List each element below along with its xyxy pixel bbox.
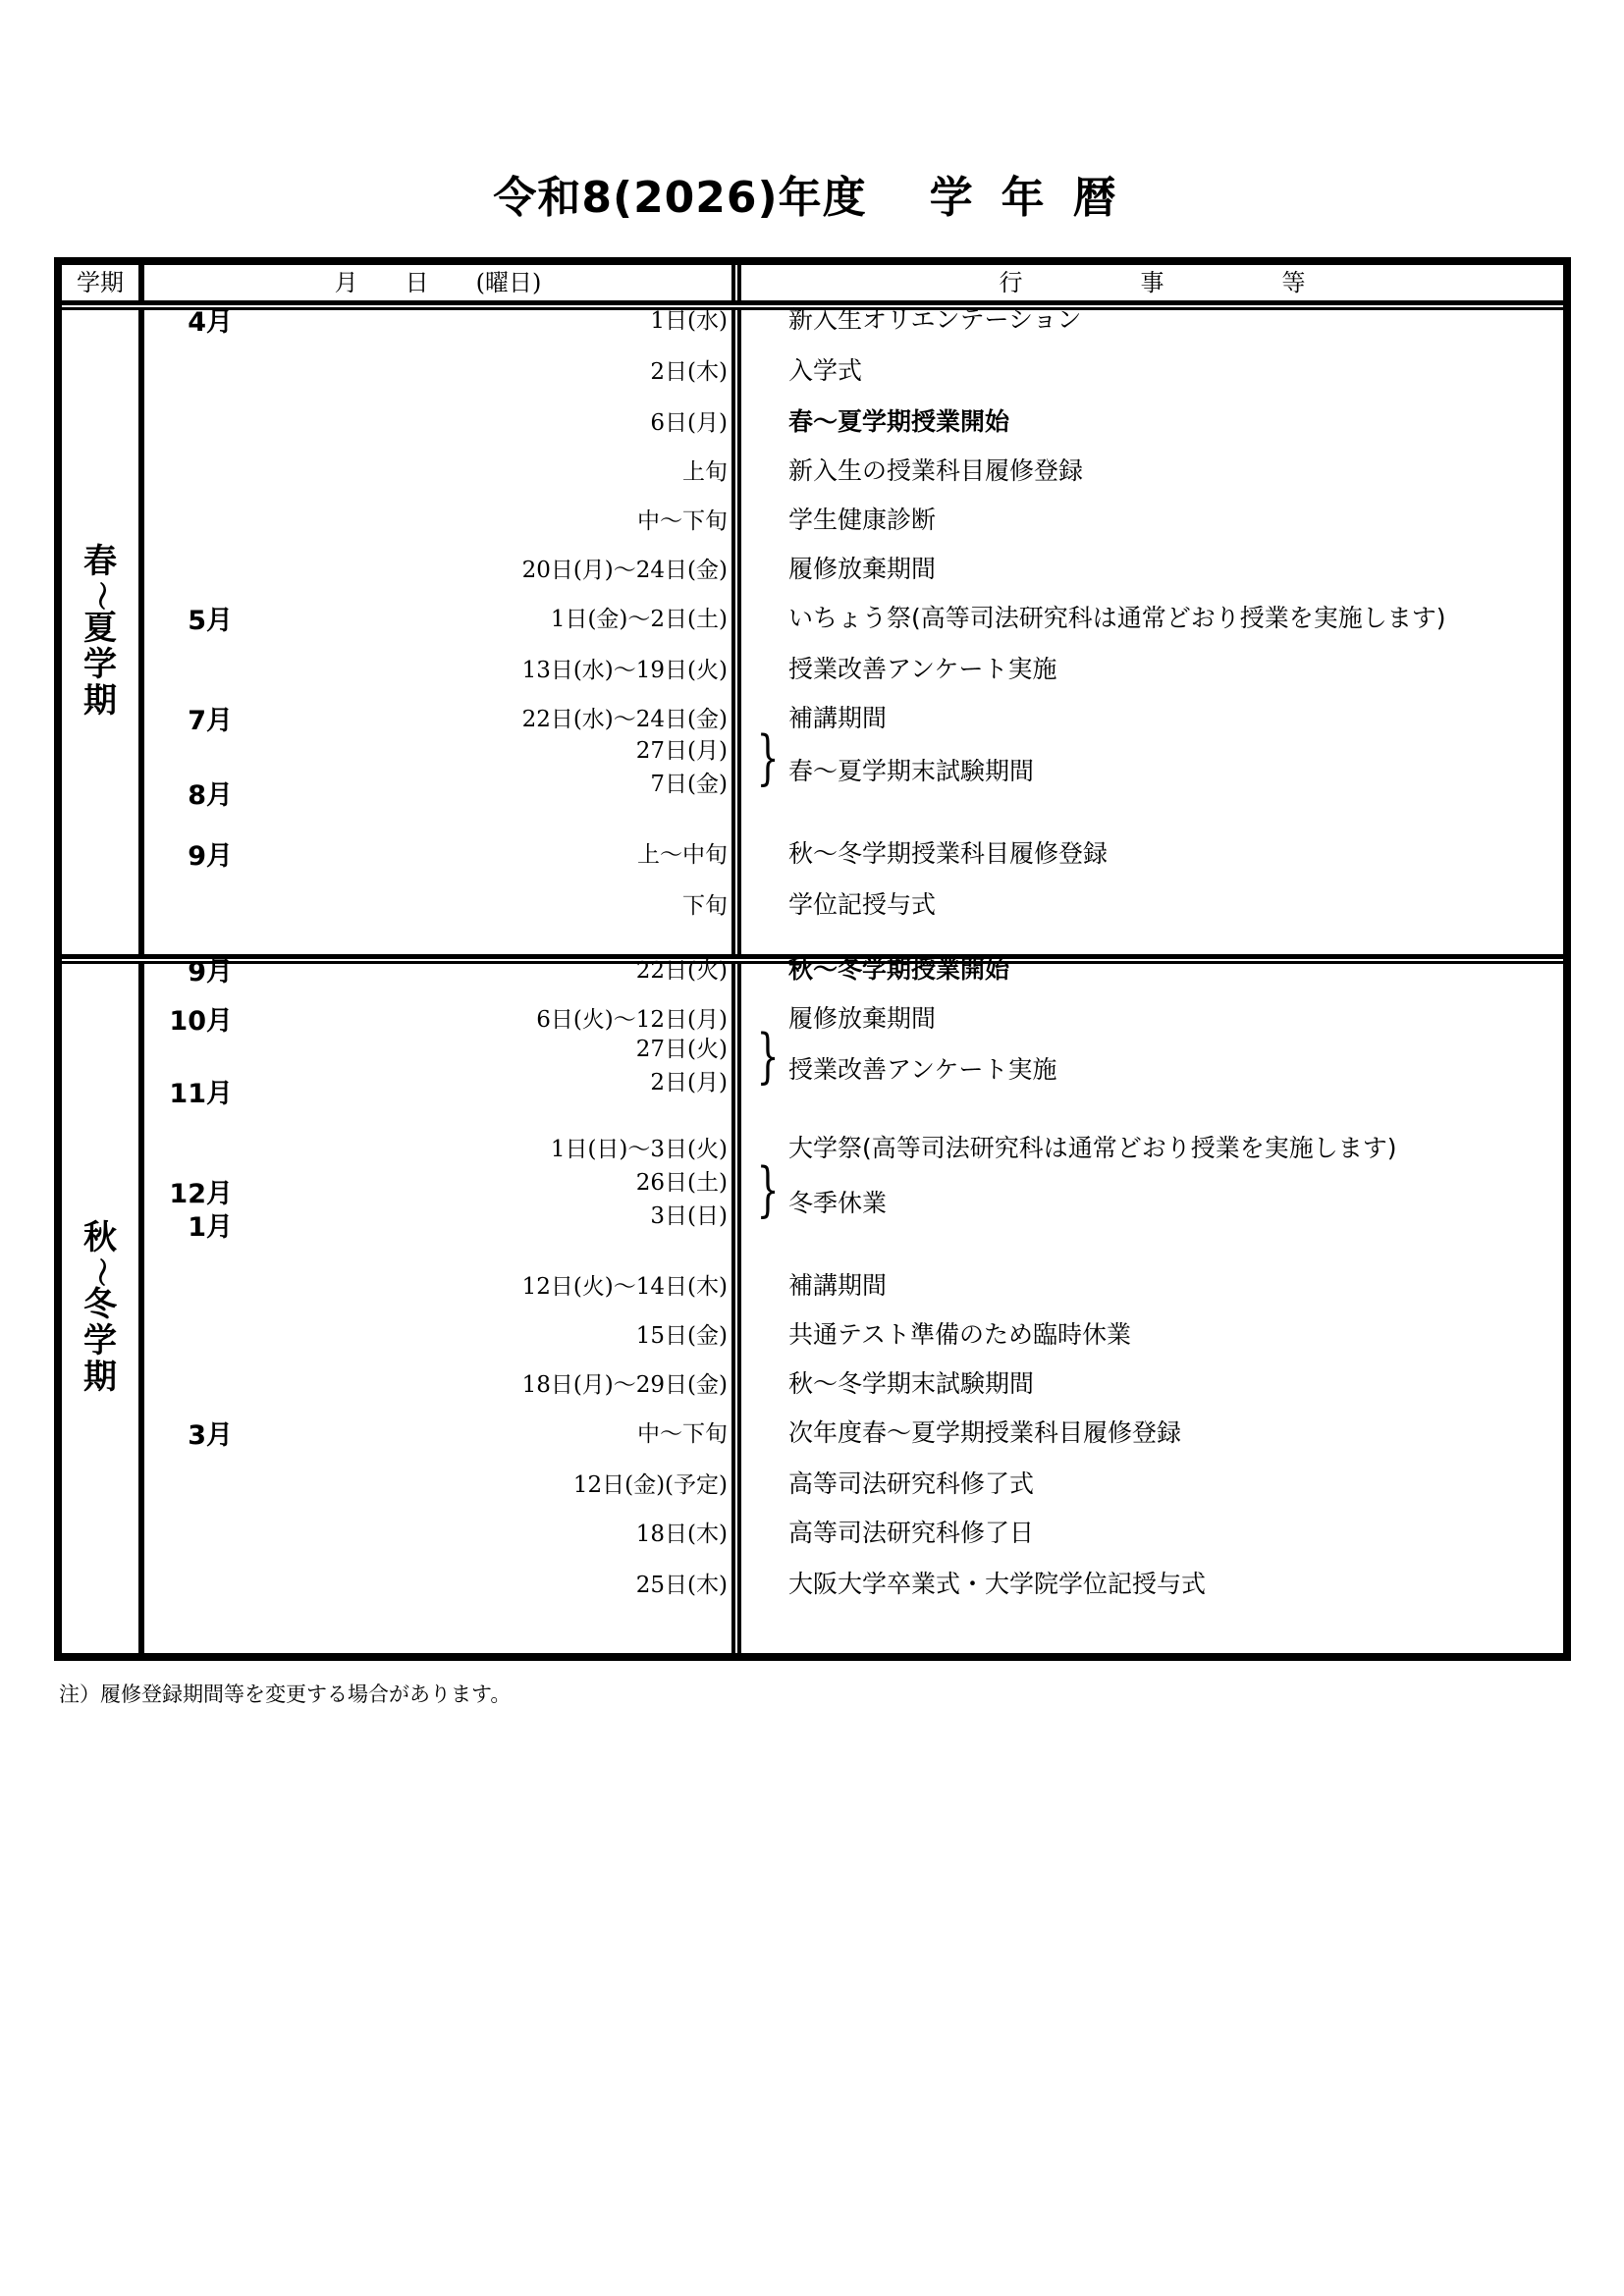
month-label: 7月 xyxy=(144,699,233,737)
date-cell: 22日(水)～24日(金) xyxy=(522,701,728,733)
date-cell: 18日(木) xyxy=(636,1516,728,1548)
event-cell: 高等司法研究科修了式 xyxy=(788,1465,1034,1500)
event-cell: 授業改善アンケート実施 xyxy=(788,650,1057,685)
date-cell: 上～中旬 xyxy=(637,836,728,869)
date-cell: 13日(水)～19日(火) xyxy=(522,652,728,684)
event-cell: 春～夏学期末試験期間 xyxy=(788,752,1034,787)
date-cell: 7日(金) xyxy=(650,766,728,798)
date-cell: 上旬 xyxy=(682,454,728,486)
date-cell: 1日(水) xyxy=(650,302,728,335)
month-label: 1月 xyxy=(144,1205,233,1244)
title-year: 令和8(2026)年度 xyxy=(493,173,866,223)
event-cell: 入学式 xyxy=(788,351,862,387)
date-cell: 6日(月) xyxy=(650,404,728,437)
month-label: 9月 xyxy=(144,950,233,988)
date-cell: 中～下旬 xyxy=(637,503,728,535)
date-cell: 12日(金)(予定) xyxy=(573,1467,728,1499)
date-cell: 20日(月)～24日(金) xyxy=(522,552,728,584)
date-cell: 中～下旬 xyxy=(637,1415,728,1448)
event-cell: 学位記授与式 xyxy=(788,885,936,921)
event-cell: 冬季休業 xyxy=(788,1184,887,1219)
event-cell: 秋～冬学期末試験期間 xyxy=(788,1364,1034,1400)
brace-icon: } xyxy=(757,728,780,787)
date-cell: 下旬 xyxy=(682,887,728,920)
event-cell: 共通テスト準備のため臨時休業 xyxy=(788,1315,1131,1351)
month-label: 8月 xyxy=(144,774,233,812)
event-cell: 大阪大学卒業式・大学院学位記授与式 xyxy=(788,1565,1206,1600)
term-label-spring-summer: 春 ～ 夏 学 期 xyxy=(62,310,138,954)
header-event: 行 事 等 xyxy=(741,265,1563,300)
date-cell: 26日(土) xyxy=(636,1164,728,1197)
date-cell: 27日(月) xyxy=(636,732,728,765)
event-cell: 次年度春～夏学期授業科目履修登録 xyxy=(788,1414,1181,1449)
date-cell: 6日(火)～12日(月) xyxy=(536,1001,728,1034)
date-cell: 18日(月)～29日(金) xyxy=(522,1366,728,1399)
academic-calendar-table: 学期 月 日 (曜日) 行 事 等 春 ～ 夏 学 期 秋 ～ 冬 学 期 4月… xyxy=(54,257,1571,1661)
date-cell: 22日(火) xyxy=(636,952,728,985)
month-label: 3月 xyxy=(144,1414,233,1452)
page-title: 令和8(2026)年度学年暦 xyxy=(0,162,1624,225)
event-cell: 新入生オリエンテーション xyxy=(788,300,1082,336)
month-label: 5月 xyxy=(144,599,233,637)
date-cell: 1日(金)～2日(土) xyxy=(551,601,728,633)
month-label: 11月 xyxy=(144,1072,233,1110)
event-cell: 高等司法研究科修了日 xyxy=(788,1514,1034,1549)
term-label-fall-winter: 秋 ～ 冬 学 期 xyxy=(62,964,138,1653)
header-term: 学期 xyxy=(62,265,138,300)
event-cell: 秋～冬学期授業科目履修登録 xyxy=(788,834,1108,870)
event-cell: 学生健康診断 xyxy=(788,501,936,536)
date-cell: 2日(月) xyxy=(650,1064,728,1096)
event-cell: 履修放棄期間 xyxy=(788,999,936,1035)
event-cell: いちょう祭(高等司法研究科は通常どおり授業を実施します) xyxy=(788,599,1446,634)
month-label: 4月 xyxy=(144,300,233,339)
header-date: 月 日 (曜日) xyxy=(144,265,731,300)
date-cell: 27日(火) xyxy=(636,1031,728,1063)
title-calendar: 学年暦 xyxy=(916,173,1131,223)
date-cell: 15日(金) xyxy=(636,1317,728,1350)
date-cell: 2日(木) xyxy=(650,353,728,386)
event-cell: 秋～冬学期授業開始 xyxy=(788,950,1009,986)
event-cell: 春～夏学期授業開始 xyxy=(788,402,1009,438)
brace-icon: } xyxy=(757,1160,780,1219)
date-cell: 1日(日)～3日(火) xyxy=(551,1131,728,1163)
month-label: 10月 xyxy=(144,999,233,1038)
event-cell: 大学祭(高等司法研究科は通常どおり授業を実施します) xyxy=(788,1129,1397,1164)
date-cell: 25日(木) xyxy=(636,1567,728,1599)
footnote: 注）履修登録期間等を変更する場合があります。 xyxy=(59,1679,511,1708)
brace-icon: } xyxy=(757,1027,780,1086)
month-label: 9月 xyxy=(144,834,233,873)
table-header: 学期 月 日 (曜日) 行 事 等 xyxy=(62,265,1563,304)
event-cell: 新入生の授業科目履修登録 xyxy=(788,452,1083,487)
event-cell: 補講期間 xyxy=(788,699,887,734)
date-cell: 12日(火)～14日(木) xyxy=(522,1268,728,1301)
event-cell: 授業改善アンケート実施 xyxy=(788,1050,1057,1086)
date-cell: 3日(日) xyxy=(650,1198,728,1230)
event-cell: 補講期間 xyxy=(788,1266,887,1302)
event-cell: 履修放棄期間 xyxy=(788,550,936,585)
